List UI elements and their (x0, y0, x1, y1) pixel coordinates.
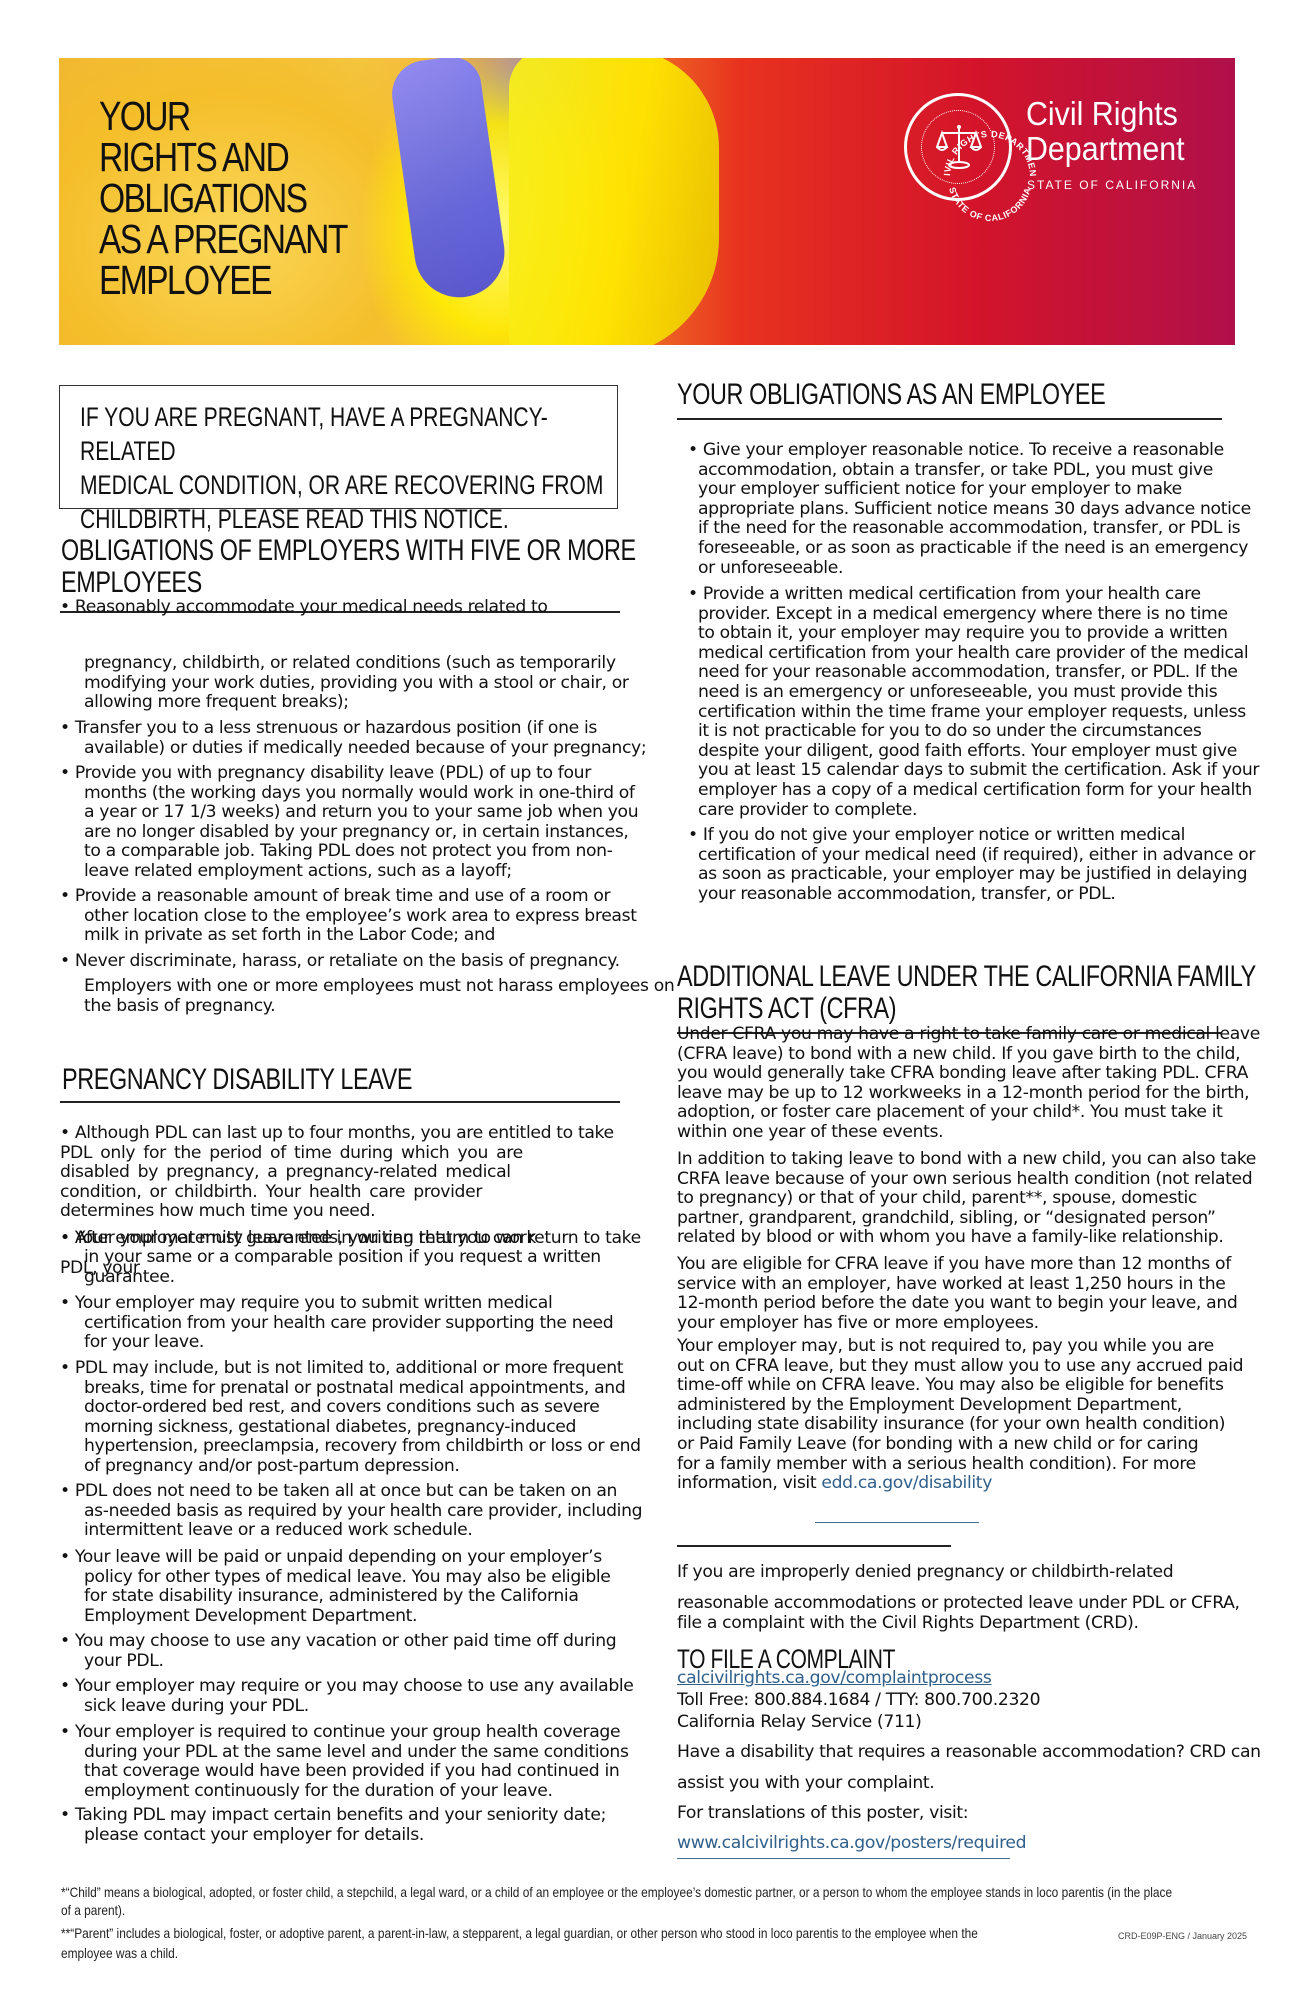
employer-item-1: • Reasonably accommodate your medical ne… (60, 598, 548, 618)
link-underline (815, 1522, 979, 1523)
notice-text: IF YOU ARE PREGNANT, HAVE A PREGNANCY-RE… (80, 400, 626, 536)
department-state: STATE OF CALIFORNIA (1027, 178, 1197, 192)
banner-photo-pregnant-figure (509, 58, 719, 345)
footnote-parent: **“Parent” includes a biological, foster… (61, 1923, 978, 1963)
divider (677, 418, 1222, 420)
pdl-item-7: • Your employer is required to continue … (60, 1723, 629, 1801)
complaint-process-link[interactable]: calcivilrights.ca.gov/complaintprocess (677, 1669, 991, 1689)
department-name: Civil Rights Department (1026, 96, 1185, 166)
employee-item-1: • Give your employer reasonable notice. … (688, 441, 1251, 578)
pdl-item-5: • You may choose to use any vacation or … (60, 1632, 616, 1671)
cfra-para-2: In addition to taking leave to bond with… (677, 1150, 1256, 1248)
pdl-intro: • Although PDL can last up to four month… (60, 1124, 614, 1222)
poster-title: YOUR RIGHTS AND OBLIGATIONS AS A PREGNAN… (99, 96, 443, 301)
section-heading-pdl: PREGNANCY DISABILITY LEAVE (62, 1064, 412, 1096)
translations-label: For translations of this poster, visit: (677, 1804, 968, 1824)
crd-seal-icon: CIVIL RIGHTS DEPARTMENT STATE OF CALIFOR… (904, 93, 1012, 201)
header-banner: YOUR RIGHTS AND OBLIGATIONS AS A PREGNAN… (59, 58, 1235, 345)
divider (60, 1101, 620, 1103)
complaint-phone: Toll Free: 800.884.1684 / TTY: 800.700.2… (677, 1691, 1040, 1711)
link-underline (677, 1858, 1010, 1859)
complaint-disability-1: Have a disability that requires a reason… (677, 1743, 1261, 1763)
pdl-item-3: • PDL does not need to be taken all at o… (60, 1482, 642, 1541)
scales-of-justice-icon (936, 123, 982, 171)
complaint-relay: California Relay Service (711) (677, 1713, 921, 1733)
employer-item-4: • Provide a reasonable amount of break t… (60, 887, 637, 946)
divider (677, 1545, 951, 1547)
pdl-item-8: • Taking PDL may impact certain benefits… (60, 1806, 606, 1845)
complaint-intro-2: reasonable accommodations or protected l… (677, 1594, 1240, 1633)
translations-link[interactable]: www.calcivilrights.ca.gov/posters/requir… (677, 1834, 1026, 1854)
edd-disability-link[interactable]: edd.ca.gov/disability (821, 1473, 992, 1493)
employee-item-2: • Provide a written medical certificatio… (688, 585, 1259, 820)
notice-box: IF YOU ARE PREGNANT, HAVE A PREGNANCY-RE… (59, 385, 618, 509)
cfra-para-1: Under CFRA you may have a right to take … (677, 1025, 1260, 1143)
form-code: CRD-E09P-ENG / January 2025 (1118, 1931, 1247, 1941)
section-heading-employee-obligations: YOUR OBLIGATIONS AS AN EMPLOYEE (677, 379, 1105, 411)
employer-item-5: • Never discriminate, harass, or retalia… (60, 952, 620, 972)
pdl-overlap-b: • Your employer must guarantee in writin… (60, 1229, 641, 1249)
complaint-disability-2: assist you with your complaint. (677, 1774, 934, 1794)
pdl-item-4: • Your leave will be paid or unpaid depe… (60, 1548, 611, 1626)
pdl-item-2: • PDL may include, but is not limited to… (60, 1359, 641, 1477)
svg-text:STATE OF CALIFORNIA: STATE OF CALIFORNIA (947, 186, 1033, 223)
cfra-para-4: Your employer may, but is not required t… (677, 1337, 1243, 1494)
pdl-item-6: • Your employer may require or you may c… (60, 1677, 634, 1716)
pdl-overlap-c: in your same or a comparable position if… (84, 1248, 601, 1287)
employer-item-1-cont: pregnancy, childbirth, or related condit… (84, 654, 629, 713)
employer-item-3: • Provide you with pregnancy disability … (60, 764, 638, 882)
pdl-overlap-stub: PDL, your (60, 1259, 140, 1279)
pdl-item-1: • Your employer may require you to submi… (60, 1294, 613, 1353)
complaint-intro-1: If you are improperly denied pregnancy o… (677, 1563, 1173, 1583)
employer-note: Employers with one or more employees mus… (84, 977, 674, 1016)
section-heading-cfra: ADDITIONAL LEAVE UNDER THE CALIFORNIA FA… (677, 961, 1256, 1025)
employer-item-2: • Transfer you to a less strenuous or ha… (60, 719, 646, 758)
footnote-child: *“Child” means a biological, adopted, or… (61, 1883, 1172, 1919)
cfra-para-3: You are eligible for CFRA leave if you h… (677, 1255, 1237, 1333)
employee-item-3: • If you do not give your employer notic… (688, 826, 1255, 904)
section-heading-employer-obligations: OBLIGATIONS OF EMPLOYERS WITH FIVE OR MO… (61, 535, 636, 599)
